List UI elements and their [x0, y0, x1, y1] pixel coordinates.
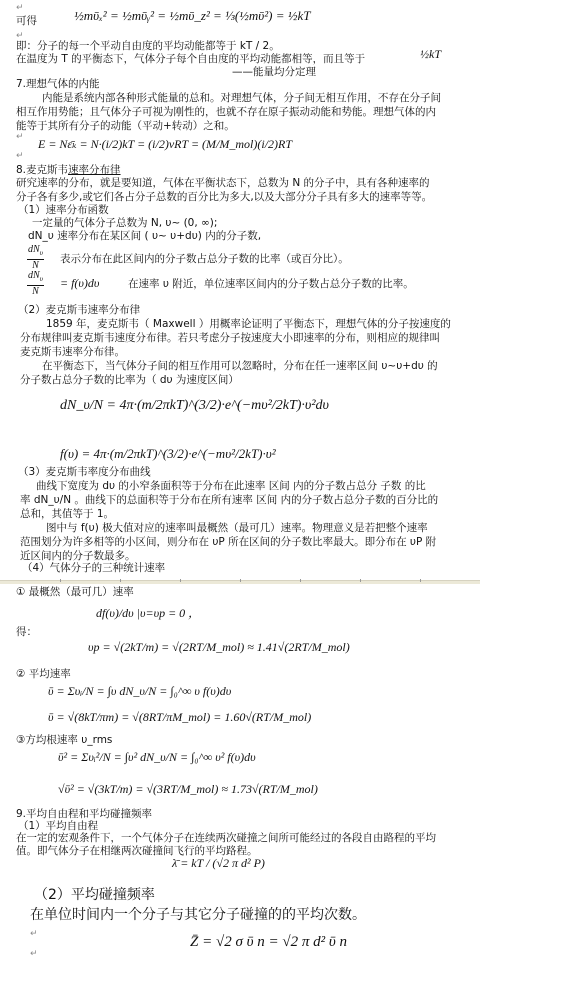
formula-maxwell-f: f(υ) = 4π·(m/2πkT)^(3/2)·e^(−mυ²/2kT)·υ² [60, 446, 276, 462]
paragraph-mark: ↵ [30, 948, 38, 961]
text-line: 在平衡态下，当气体分子间的相互作用可以忽略时，分布在任一速率区间 υ~υ+dυ … [42, 360, 438, 373]
text-line: 范围划分为许多相等的小区间，则分布在 υP 所在区间的分子数比率最大。即分布在 … [20, 536, 436, 549]
text-line: 在温度为 T 的平衡态下，气体分子每个自由度的平均动能都相等，而且等于 [16, 53, 365, 66]
text-line: 麦克斯韦速率分布律。 [20, 346, 125, 359]
section-title-8: 8.麦克斯韦速率分布律 [16, 164, 121, 177]
text-line: 在一定的宏观条件下，一个气体分子在连续两次碰撞之间所可能经过的各段自由路程的平均 [16, 832, 436, 845]
text-line: 内能是系统内部各种形式能量的总和。对理想气体，分子间无相互作用，不存在分子间 [42, 92, 441, 105]
ruler-separator [0, 580, 480, 584]
text-line: 总和，其值等于 1。 [20, 508, 114, 521]
paragraph-mark: ↵ [16, 150, 24, 163]
text-line: 在单位时间内一个分子与其它分子碰撞的的平均次数。 [30, 906, 366, 924]
text-line: 能等于其所有分子的动能（平动+转动）之和。 [16, 120, 235, 133]
section-title-8-link[interactable]: 速率分布律 [68, 164, 121, 176]
subsection-title: （2）麦克斯韦速率分布律 [18, 304, 140, 317]
formula-avg-1: ῡ = Συᵢ/N = ∫υ dN_υ/N = ∫₀^∞ υ f(υ)dυ [48, 684, 231, 699]
text-line: 分布规律叫麦克斯韦速度分布律。若只考虑分子按速度大小即速率的分布，则相应的规律叫 [20, 332, 440, 345]
formula-equipartition: ½mῡₓ² = ½mῡᵧ² = ½mῡ_z² = ⅓(½mῡ²) = ½kT [74, 8, 311, 24]
text-line: 一定量的气体分子总数为 N, υ~ (0, ∞); [32, 217, 217, 230]
subsection-title: （4）气体分子的三种统计速率 [22, 562, 165, 575]
text-line: dN_υ 速率分布在某区间 ( υ~ υ+dυ) 内的分子数, [28, 230, 261, 243]
text-line: 分子各有多少,或它们各占分子总数的百分比为多大,以及大部分分子具有多大的速率等等… [16, 191, 432, 204]
theorem-label: ——能量均分定理 [232, 66, 316, 79]
text-line: 即：分子的每一个平动自由度的平均动能都等于 kT / 2。 [16, 40, 280, 53]
text-line: 曲线下宽度为 dυ 的小窄条面积等于分布在此速率 区间 内的分子数占总分 子数 … [36, 480, 426, 493]
formula-maxwell-dN: dN_υ/N = 4π·(m/2πkT)^(3/2)·e^(−mυ²/2kT)·… [60, 398, 329, 414]
text-line: 1859 年，麦克斯韦（ Maxwell ）用概率论证明了平衡态下，理想气体的分… [46, 318, 451, 331]
subsection-title: （2）平均碰撞频率 [34, 886, 155, 904]
paragraph-mark: ↵ [16, 131, 24, 144]
formula-fdv: = f(υ)dυ [60, 276, 99, 291]
formula-rms-1: ῡ² = Συᵢ²/N = ∫υ² dN_υ/N = ∫₀^∞ υ² f(υ)d… [58, 750, 256, 765]
section-title-8-prefix: 8.麦克斯韦 [16, 164, 68, 176]
text-line: 研究速率的分布，就是要知道，气体在平衡状态下，总数为 N 的分子中，具有各种速率… [16, 177, 430, 190]
lead-text: 可得 [16, 15, 37, 28]
fraction-dNv-N: dNυN [27, 244, 44, 271]
text-line: 得： [16, 626, 37, 639]
text-line: 表示分布在此区间内的分子数占总分子数的比率（或百分比）。 [60, 253, 349, 266]
subsection-title: （3）麦克斯韦率度分布曲线 [18, 466, 151, 479]
formula-mp-condition: df(υ)/dυ |υ=υp = 0 ， [96, 604, 200, 621]
formula-mean-free-path: λ̄ = kT / (√2 π d² P) [172, 856, 265, 871]
speed-title-average: ② 平均速率 [16, 668, 71, 681]
fraction-dNv-N: dNυN [27, 270, 44, 297]
text-line: 图中与 f(υ) 极大值对应的速率叫最概然（最可几）速率。物理意义是若把整个速率 [46, 522, 428, 535]
text-line: 在速率 υ 附近，单位速率区间内的分子数占总分子数的比率。 [128, 278, 414, 291]
formula-half-kT: ½kT [420, 47, 441, 62]
formula-vp: υp = √(2kT/m) = √(2RT/M_mol) ≈ 1.41√(2RT… [88, 640, 350, 655]
subsection-title: （1）速率分布函数 [18, 204, 109, 217]
text-line: 率 dN_υ/N 。曲线下的总面积等于分布在所有速率 区间 内的分子数占总分子数… [20, 494, 438, 507]
formula-internal-energy: E = Nε̄ₖ = N·(i/2)kT = (i/2)νRT = (M/M_m… [38, 137, 292, 152]
formula-rms-2: √ῡ² = √(3kT/m) = √(3RT/M_mol) ≈ 1.73√(RT… [58, 782, 318, 797]
formula-avg-2: ῡ = √(8kT/πm) = √(8RT/πM_mol) = 1.60√(RT… [48, 710, 311, 725]
text-line: 分子数占总分子数的比率为（ dυ 为速度区间） [20, 374, 239, 387]
paragraph-mark: ↵ [30, 928, 38, 941]
paragraph-mark: ↵ [16, 2, 24, 15]
speed-title-rms: ③方均根速率 υ_rms [16, 734, 112, 747]
speed-title-most-probable: ① 最概然（最可几）速率 [16, 586, 134, 599]
text-line: 相互作用势能；且气体分子可视为刚性的，也就不存在原子振动动能和势能。理想气体的内 [16, 106, 436, 119]
formula-collision-frequency: Z̄ = √2 σ ῡ n = √2 π d² ῡ n [190, 934, 347, 951]
section-title-7: 7.理想气体的内能 [16, 78, 100, 91]
